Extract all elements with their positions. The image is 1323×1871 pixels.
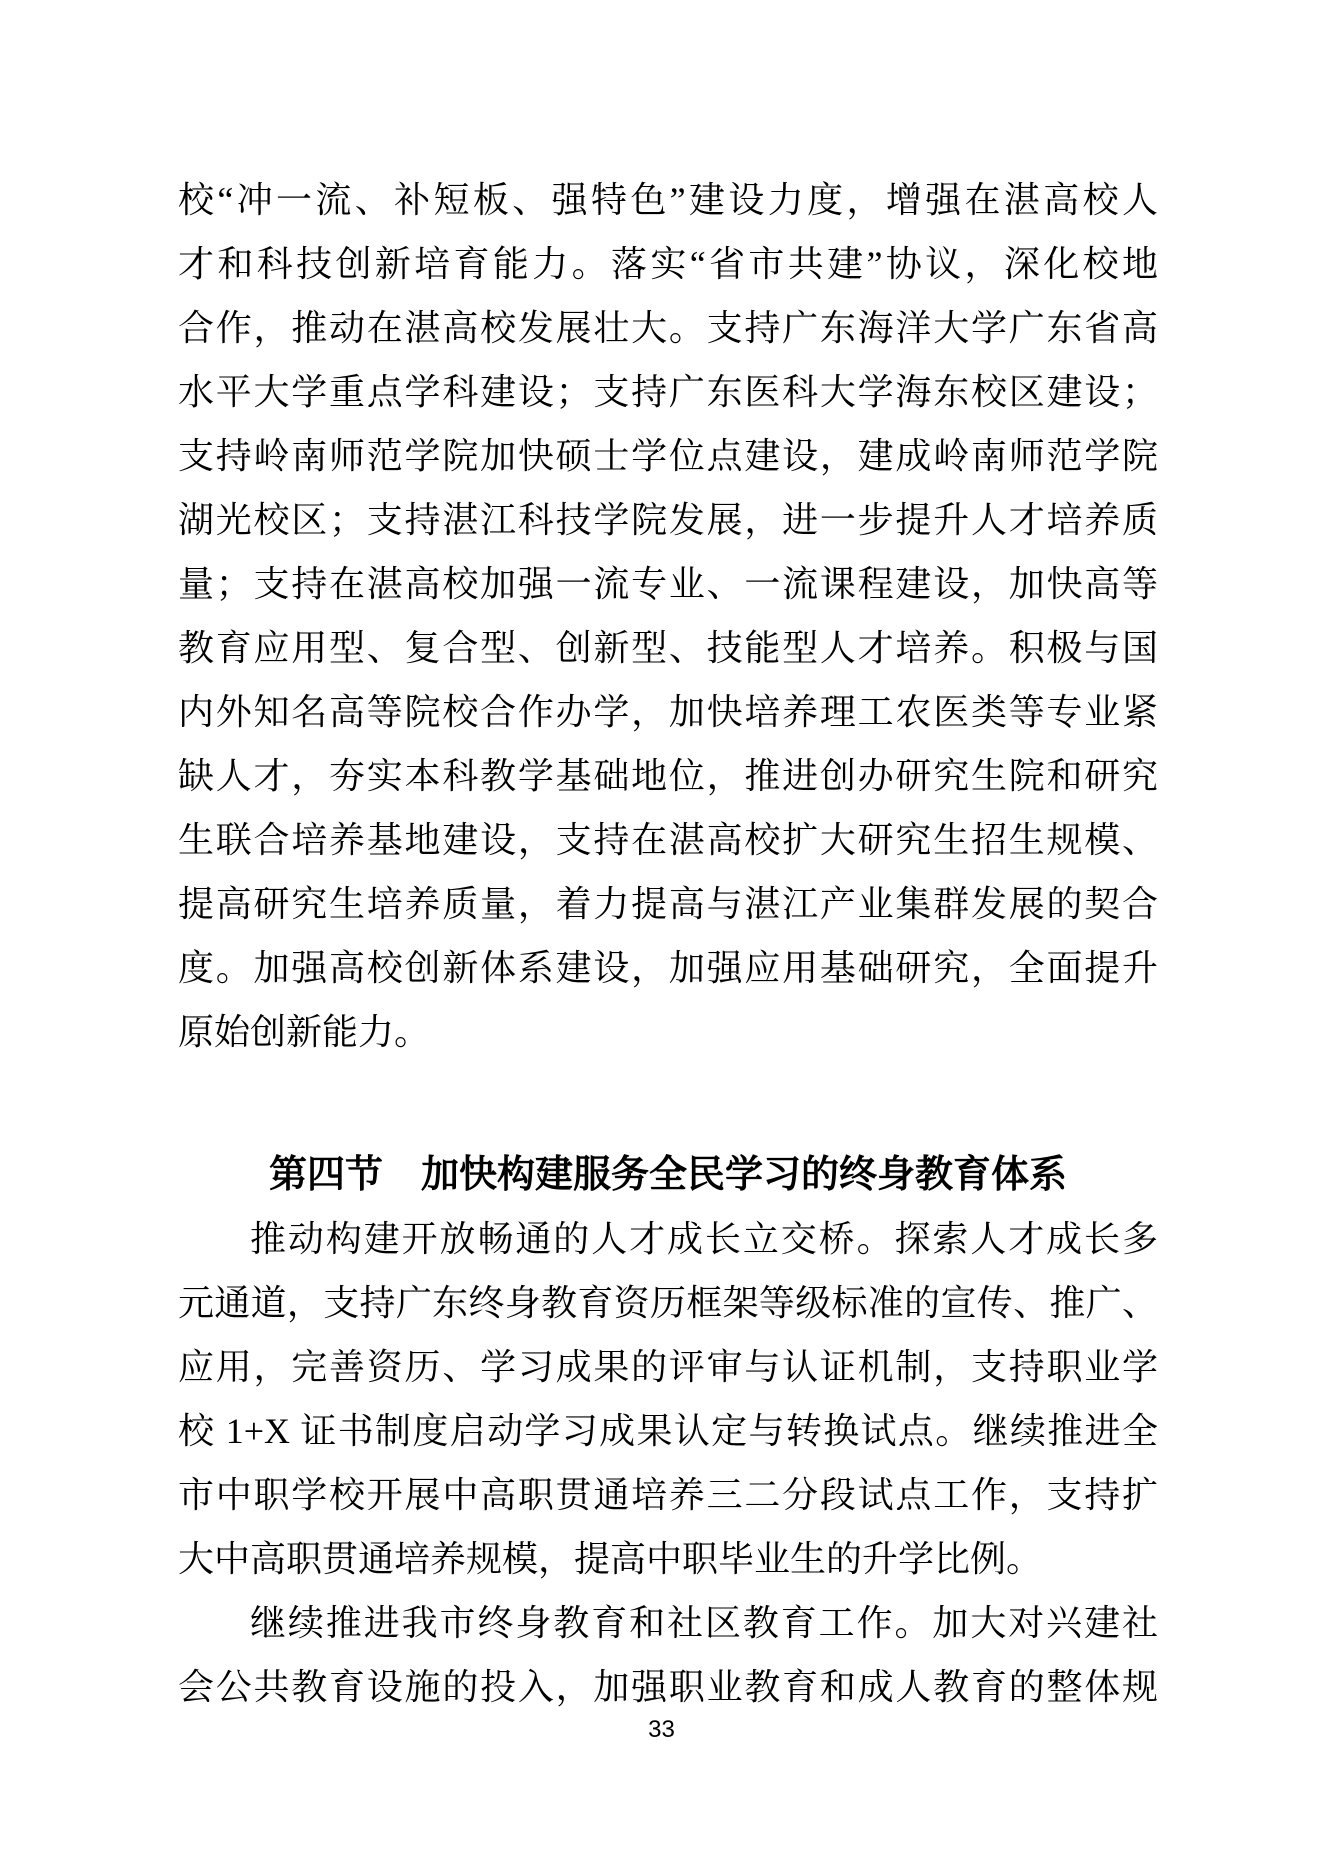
body-text-line: 教育应用型、复合型、创新型、技能型人才培养。积极与国 [178, 616, 1158, 680]
body-text-line: 会公共教育设施的投入，加强职业教育和成人教育的整体规 [178, 1655, 1158, 1719]
body-text-line: 度。加强高校创新体系建设，加强应用基础研究，全面提升 [178, 936, 1158, 1000]
body-text-line: 市中职学校开展中高职贯通培养三二分段试点工作，支持扩 [178, 1463, 1158, 1527]
body-text-line: 应用，完善资历、学习成果的评审与认证机制，支持职业学 [178, 1335, 1158, 1399]
body-text-line: 合作，推动在湛高校发展壮大。支持广东海洋大学广东省高 [178, 296, 1158, 360]
section-heading: 第四节 加快构建服务全民学习的终身教育体系 [178, 1143, 1158, 1207]
body-text-line: 元通道，支持广东终身教育资历框架等级标准的宣传、推广、 [178, 1271, 1158, 1335]
body-text-line: 继续推进我市终身教育和社区教育工作。加大对兴建社 [178, 1591, 1158, 1655]
body-text-line: 生联合培养基地建设，支持在湛高校扩大研究生招生规模、 [178, 808, 1158, 872]
body-text-line: 校“冲一流、补短板、强特色”建设力度，增强在湛高校人 [178, 168, 1158, 232]
body-text-line: 才和科技创新培育能力。落实“省市共建”协议，深化校地 [178, 232, 1158, 296]
body-text-line: 大中高职贯通培养规模，提高中职毕业生的升学比例。 [178, 1527, 1158, 1591]
body-text-line: 支持岭南师范学院加快硕士学位点建设，建成岭南师范学院 [178, 424, 1158, 488]
page-number: 33 [0, 1714, 1323, 1746]
body-text-line: 内外知名高等院校合作办学，加快培养理工农医类等专业紧 [178, 680, 1158, 744]
document-page: 校“冲一流、补短板、强特色”建设力度，增强在湛高校人 才和科技创新培育能力。落实… [0, 0, 1323, 1871]
body-text-line: 校 1+X 证书制度启动学习成果认定与转换试点。继续推进全 [178, 1399, 1158, 1463]
body-text-line: 湖光校区；支持湛江科技学院发展，进一步提升人才培养质 [178, 488, 1158, 552]
body-text-line: 缺人才，夯实本科教学基础地位，推进创办研究生院和研究 [178, 744, 1158, 808]
body-text-line: 提高研究生培养质量，着力提高与湛江产业集群发展的契合 [178, 872, 1158, 936]
body-text-line: 推动构建开放畅通的人才成长立交桥。探索人才成长多 [178, 1207, 1158, 1271]
text-body: 校“冲一流、补短板、强特色”建设力度，增强在湛高校人 才和科技创新培育能力。落实… [178, 168, 1158, 1719]
body-text-line: 水平大学重点学科建设；支持广东医科大学海东校区建设； [178, 360, 1158, 424]
body-text-line: 量；支持在湛高校加强一流专业、一流课程建设，加快高等 [178, 552, 1158, 616]
body-text-line: 原始创新能力。 [178, 1000, 1158, 1064]
